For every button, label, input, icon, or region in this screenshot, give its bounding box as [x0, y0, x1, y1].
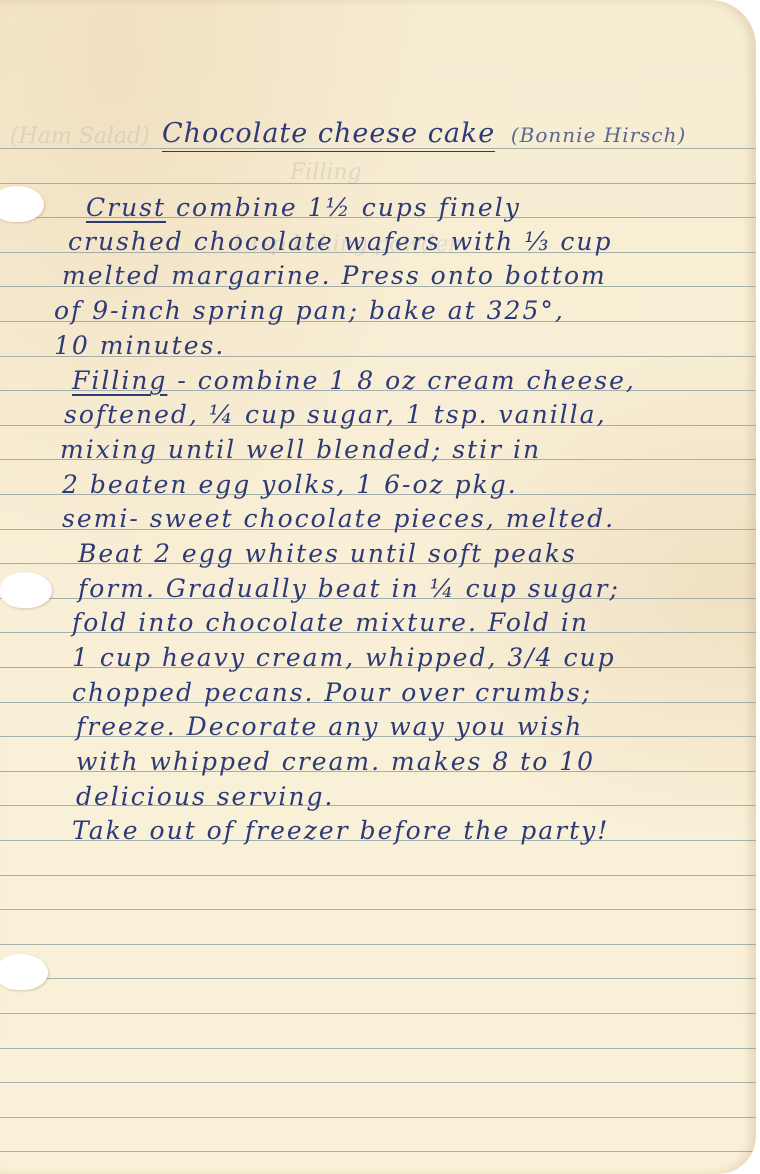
recipe-line-crust: Crust combine 1½ cups finely: [86, 195, 521, 220]
binder-hole-bottom: [0, 954, 48, 990]
ruled-line: [0, 909, 756, 910]
ruled-line: [0, 1048, 756, 1049]
recipe-line: 1 cup heavy cream, whipped, 3/4 cup: [72, 645, 616, 670]
ruled-line: [0, 1013, 756, 1014]
binder-hole-middle: [0, 572, 52, 608]
ruled-line: [0, 1151, 756, 1152]
recipe-line: melted margarine. Press onto bottom: [62, 263, 607, 288]
ruled-line: [0, 1082, 756, 1083]
recipe-line: with whipped cream. makes 8 to 10: [76, 749, 595, 774]
ruled-line: [0, 944, 756, 945]
recipe-line: form. Gradually beat in ¼ cup sugar;: [78, 576, 620, 601]
recipe-title-text: Chocolate cheese cake: [162, 118, 495, 152]
recipe-line: softened, ¼ cup sugar, 1 tsp. vanilla,: [64, 402, 607, 427]
recipe-line: mixing until well blended; stir in: [60, 437, 541, 462]
ruled-line: [0, 978, 756, 979]
recipe-attribution: (Bonnie Hirsch): [511, 123, 686, 147]
recipe-line: delicious serving.: [76, 784, 334, 809]
ruled-line: [0, 875, 756, 876]
recipe-line-filling: Filling - combine 1 8 oz cream cheese,: [72, 368, 636, 393]
ruled-line: [0, 183, 756, 184]
bleed-through-text: (Ham Salad): [10, 124, 150, 149]
recipe-line: of 9-inch spring pan; bake at 325°,: [54, 298, 565, 323]
recipe-line-text: combine 1½ cups finely: [166, 193, 521, 222]
bleed-through-text: Filling: [290, 160, 362, 185]
recipe-line: fold into chocolate mixture. Fold in: [72, 610, 589, 635]
recipe-line: chopped pecans. Pour over crumbs;: [72, 680, 592, 705]
recipe-line: 10 minutes.: [54, 333, 225, 358]
recipe-line: 2 beaten egg yolks, 1 6-oz pkg.: [62, 472, 518, 497]
recipe-line: crushed chocolate wafers with ⅓ cup: [68, 229, 612, 254]
recipe-title: Chocolate cheese cake (Bonnie Hirsch): [162, 118, 686, 149]
recipe-line: Beat 2 egg whites until soft peaks: [78, 541, 577, 566]
section-label-filling: Filling: [72, 366, 167, 395]
recipe-line: Take out of freezer before the party!: [72, 818, 609, 843]
section-label-crust: Crust: [86, 193, 166, 222]
ruled-line: [0, 1117, 756, 1118]
recipe-card: (Ham Salad) Filling 1 tsp baking powder …: [0, 0, 756, 1174]
recipe-line: semi- sweet chocolate pieces, melted.: [62, 506, 615, 531]
recipe-line: freeze. Decorate any way you wish: [76, 714, 583, 739]
recipe-line-text: - combine 1 8 oz cream cheese,: [167, 366, 635, 395]
